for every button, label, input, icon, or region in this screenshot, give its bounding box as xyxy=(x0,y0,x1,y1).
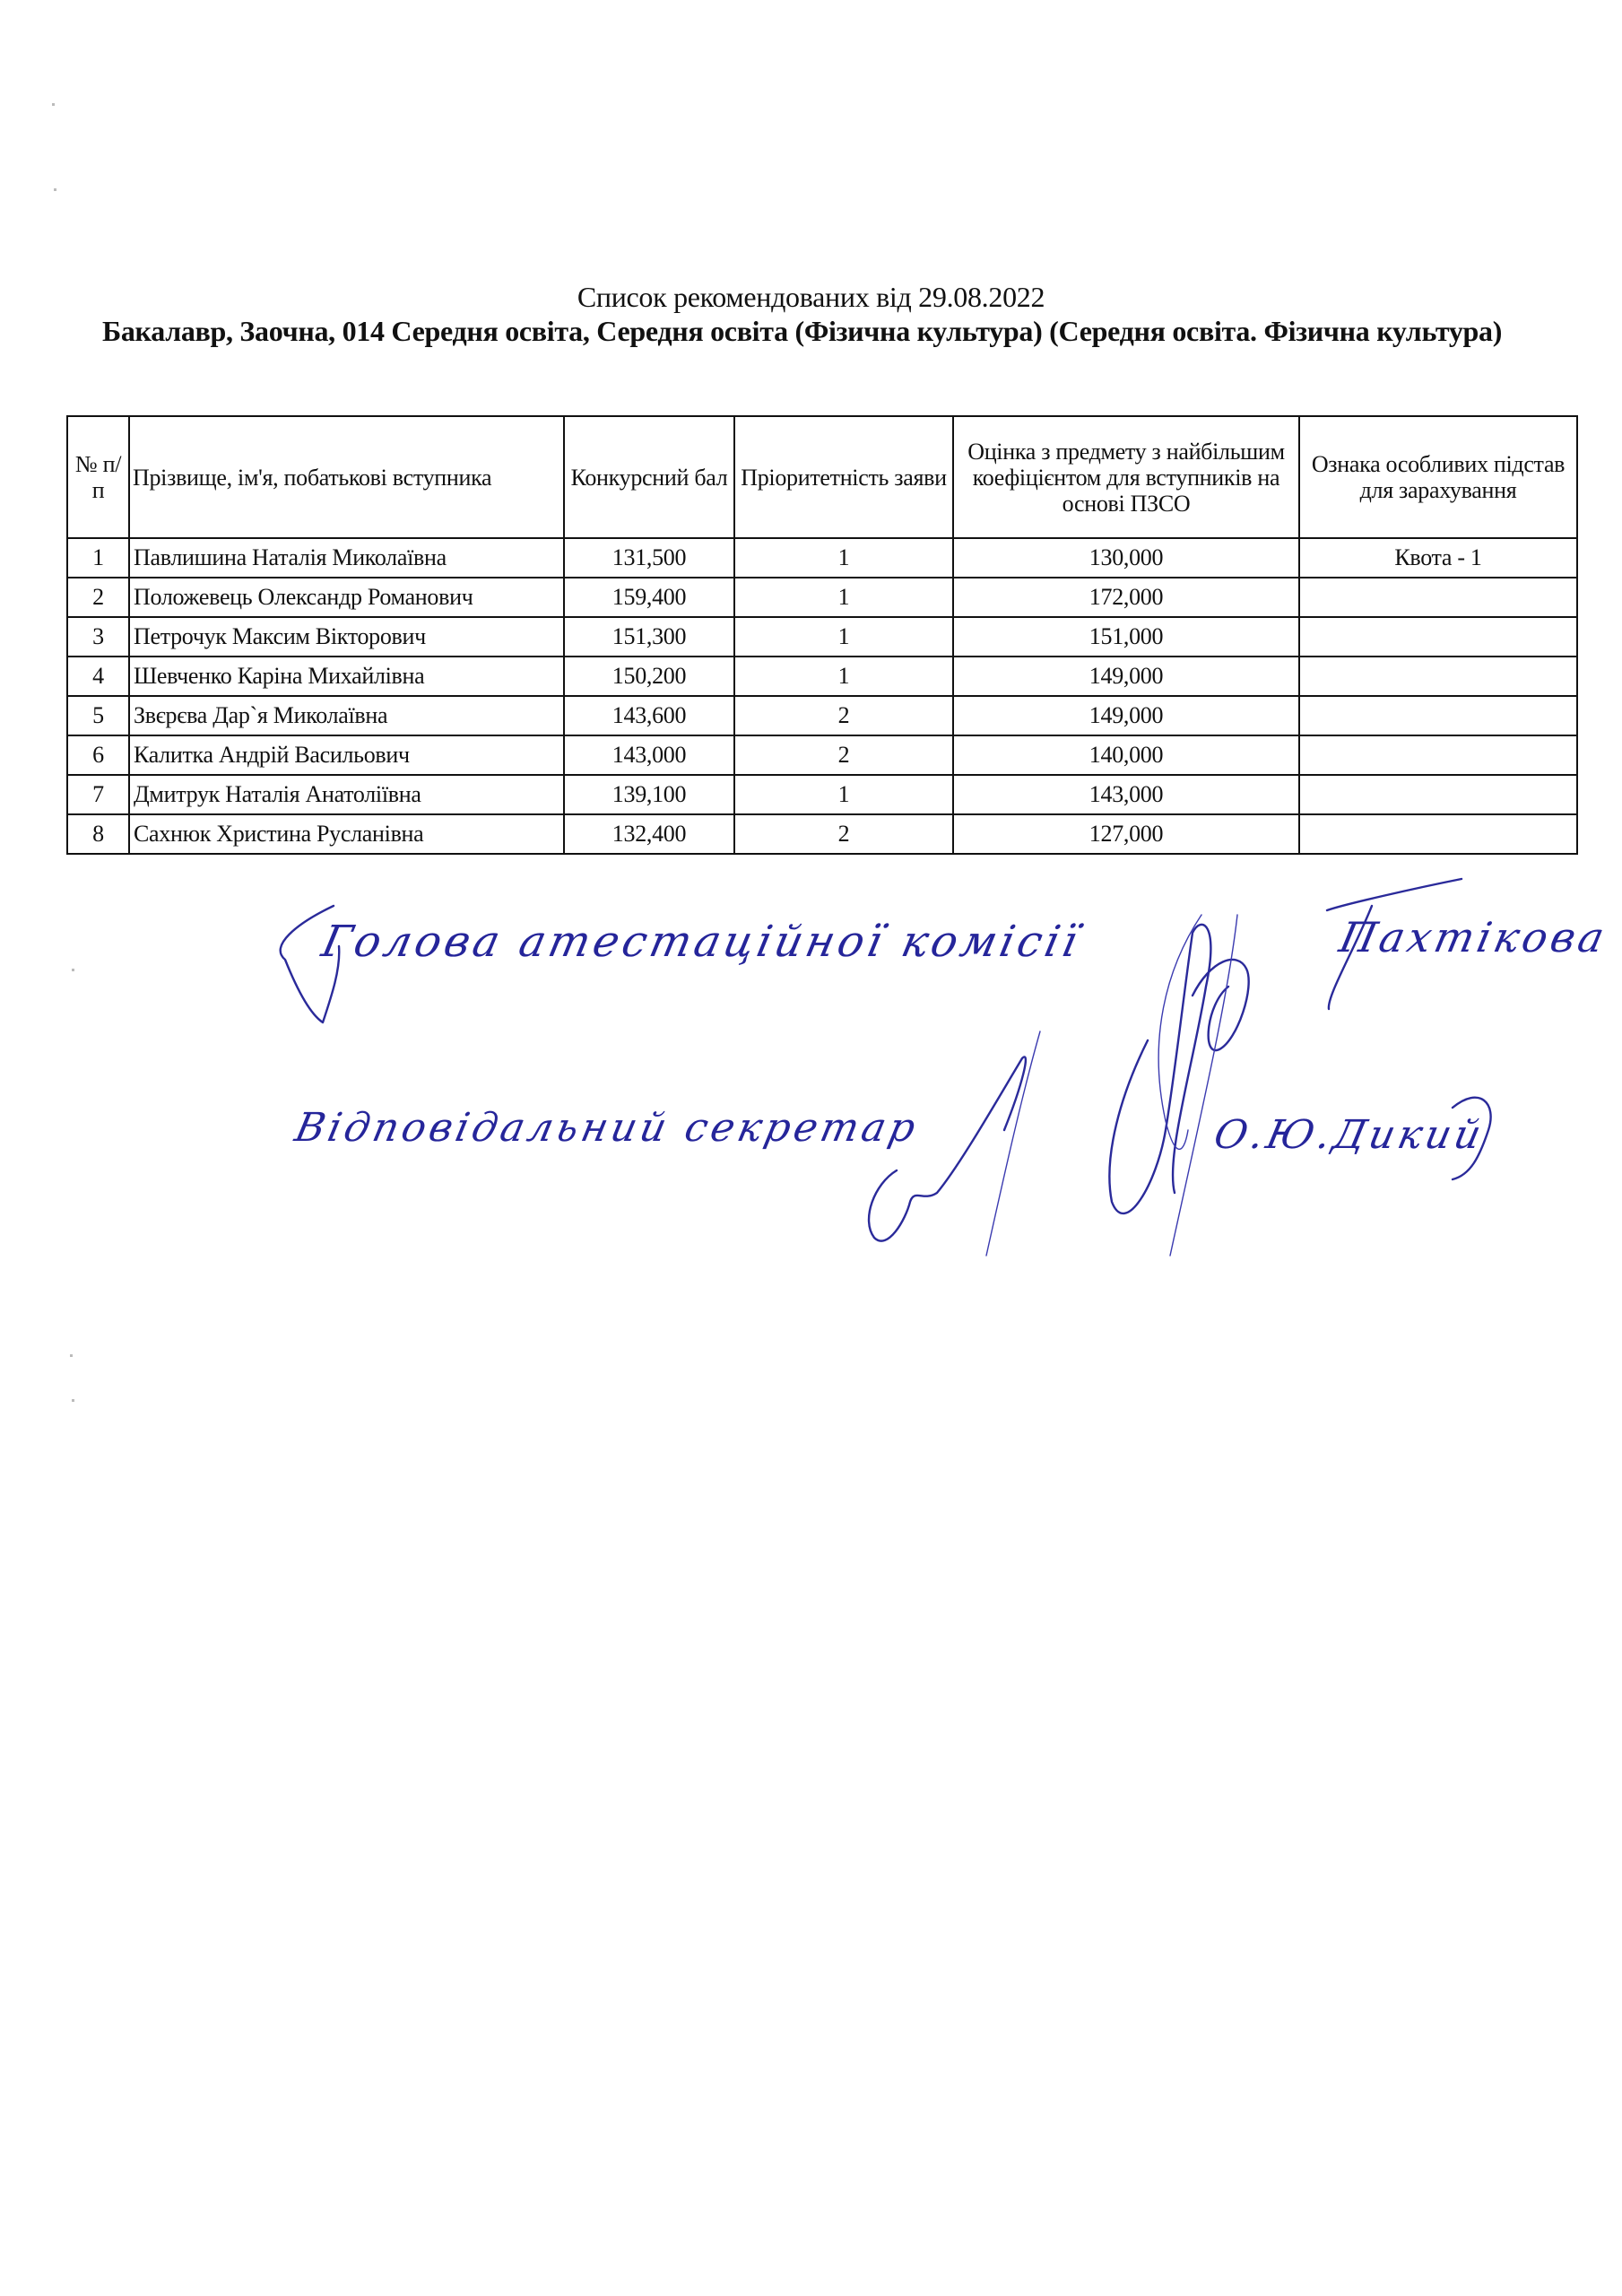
handwriting-stroke xyxy=(1170,915,1237,1256)
cell-score: 150,200 xyxy=(564,657,734,696)
cell-score: 139,100 xyxy=(564,775,734,814)
table-row: 3Петрочук Максим Вікторович151,3001151,0… xyxy=(67,617,1577,657)
cell-priority: 2 xyxy=(734,735,953,775)
cell-priority: 2 xyxy=(734,696,953,735)
cell-subject-score: 149,000 xyxy=(953,696,1299,735)
document-subtitle: Бакалавр, Заочна, 014 Середня освіта, Се… xyxy=(66,314,1577,348)
cell-no: 1 xyxy=(67,538,129,578)
handwriting-stroke xyxy=(986,1031,1040,1256)
cell-score: 132,400 xyxy=(564,814,734,854)
cell-subject-score: 140,000 xyxy=(953,735,1299,775)
cell-no: 5 xyxy=(67,696,129,735)
cell-subject-score: 149,000 xyxy=(953,657,1299,696)
cell-score: 143,000 xyxy=(564,735,734,775)
table-row: 7Дмитрук Наталія Анатоліївна139,1001143,… xyxy=(67,775,1577,814)
header-subject-score: Оцінка з предмету з найбільшим коефіцієн… xyxy=(953,416,1299,538)
header-name: Прізвище, ім'я, побатькові вступника xyxy=(129,416,564,538)
table-row: 8Сахнюк Христина Русланівна132,4002127,0… xyxy=(67,814,1577,854)
table-row: 5Звєрєва Дар`я Миколаївна143,6002149,000 xyxy=(67,696,1577,735)
signature-area: Голова атестаційної комісії Пахтікова Ві… xyxy=(0,861,1622,1291)
header-score: Конкурсний бал xyxy=(564,416,734,538)
cell-special-basis xyxy=(1299,617,1577,657)
cell-special-basis: Квота - 1 xyxy=(1299,538,1577,578)
cell-subject-score: 172,000 xyxy=(953,578,1299,617)
cell-name: Сахнюк Христина Русланівна xyxy=(129,814,564,854)
cell-priority: 2 xyxy=(734,814,953,854)
cell-score: 151,300 xyxy=(564,617,734,657)
cell-subject-score: 143,000 xyxy=(953,775,1299,814)
table-row: 1Павлишина Наталія Миколаївна131,5001130… xyxy=(67,538,1577,578)
cell-name: Звєрєва Дар`я Миколаївна xyxy=(129,696,564,735)
cell-no: 6 xyxy=(67,735,129,775)
cell-priority: 1 xyxy=(734,657,953,696)
cell-subject-score: 130,000 xyxy=(953,538,1299,578)
cell-no: 7 xyxy=(67,775,129,814)
cell-name: Петрочук Максим Вікторович xyxy=(129,617,564,657)
cell-score: 131,500 xyxy=(564,538,734,578)
cell-subject-score: 127,000 xyxy=(953,814,1299,854)
scan-speck xyxy=(52,103,55,106)
cell-priority: 1 xyxy=(734,617,953,657)
cell-special-basis xyxy=(1299,657,1577,696)
cell-special-basis xyxy=(1299,735,1577,775)
cell-name: Дмитрук Наталія Анатоліївна xyxy=(129,775,564,814)
cell-name: Положевець Олександр Романович xyxy=(129,578,564,617)
document-title: Список рекомендованих від 29.08.2022 xyxy=(0,280,1622,314)
header-no: № п/п xyxy=(67,416,129,538)
chair-label-handwritten: Голова атестаційної комісії xyxy=(317,917,1086,967)
handwriting-stroke xyxy=(1193,960,1249,1050)
cell-priority: 1 xyxy=(734,578,953,617)
scan-speck xyxy=(70,1354,73,1357)
cell-name: Павлишина Наталія Миколаївна xyxy=(129,538,564,578)
secretary-name-handwritten: О.Ю.Дикий xyxy=(1210,1112,1488,1158)
scan-speck xyxy=(72,1399,74,1402)
cell-no: 4 xyxy=(67,657,129,696)
table-row: 4Шевченко Каріна Михайлівна150,2001149,0… xyxy=(67,657,1577,696)
cell-subject-score: 151,000 xyxy=(953,617,1299,657)
cell-name: Калитка Андрій Васильович xyxy=(129,735,564,775)
cell-name: Шевченко Каріна Михайлівна xyxy=(129,657,564,696)
cell-no: 2 xyxy=(67,578,129,617)
header-priority: Пріоритетність заяви xyxy=(734,416,953,538)
chair-name-handwritten: Пахтікова xyxy=(1335,913,1612,961)
cell-special-basis xyxy=(1299,814,1577,854)
cell-no: 8 xyxy=(67,814,129,854)
secretary-label-handwritten: Відповідальний секретар xyxy=(291,1105,924,1151)
cell-special-basis xyxy=(1299,578,1577,617)
recommended-list-table: № п/п Прізвище, ім'я, побатькові вступни… xyxy=(66,415,1578,855)
handwriting-stroke xyxy=(1109,925,1210,1213)
table-header-row: № п/п Прізвище, ім'я, побатькові вступни… xyxy=(67,416,1577,538)
cell-score: 159,400 xyxy=(564,578,734,617)
header-special-basis: Ознака особливих підстав для зарахування xyxy=(1299,416,1577,538)
cell-score: 143,600 xyxy=(564,696,734,735)
cell-special-basis xyxy=(1299,775,1577,814)
cell-no: 3 xyxy=(67,617,129,657)
cell-priority: 1 xyxy=(734,775,953,814)
cell-priority: 1 xyxy=(734,538,953,578)
table-row: 2Положевець Олександр Романович159,40011… xyxy=(67,578,1577,617)
scan-speck xyxy=(54,188,56,191)
cell-special-basis xyxy=(1299,696,1577,735)
table-row: 6Калитка Андрій Васильович143,0002140,00… xyxy=(67,735,1577,775)
